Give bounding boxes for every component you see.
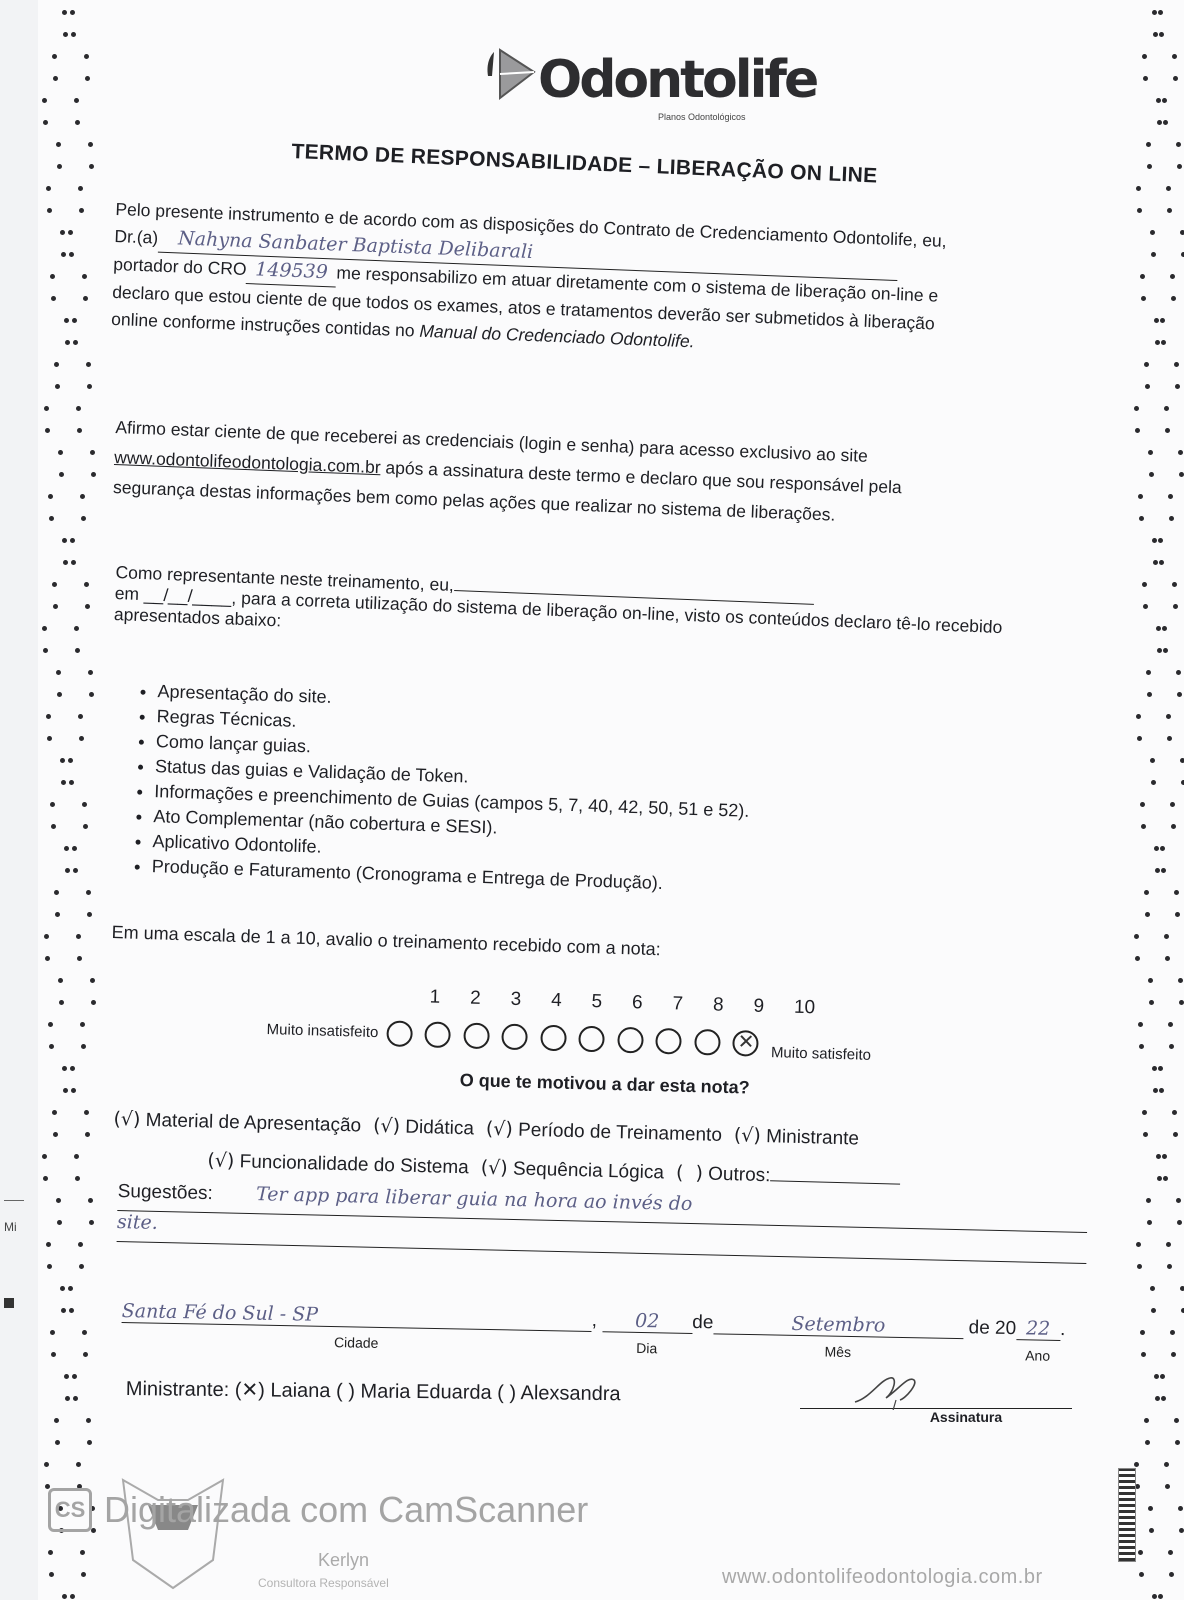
signature-field[interactable]: [800, 1370, 1072, 1409]
perforation-dot: [79, 1264, 84, 1269]
adjacent-page-edge: Mi: [0, 1200, 40, 1420]
perforation-dot: [1136, 714, 1141, 719]
footer-site: www.odontolifeodontologia.com.br: [722, 1566, 1043, 1589]
perforation-dot: [68, 230, 73, 235]
perforation-dot: [60, 758, 65, 763]
perforation-dot: [1175, 912, 1180, 917]
perforation-dot: [1168, 494, 1173, 499]
perforation-dot: [48, 494, 53, 499]
perforation-dot: [62, 10, 67, 15]
perforation-dot: [78, 186, 83, 191]
rating-number: 10: [794, 997, 835, 1020]
perforation-dot: [43, 1176, 48, 1181]
perforation-dot: [1151, 1308, 1156, 1313]
perforation-dot: [58, 450, 63, 455]
perforation-dot: [82, 1330, 87, 1335]
perforation-dot: [46, 186, 51, 191]
perforation-dot: [1141, 296, 1146, 301]
perforation-dot: [1158, 1066, 1163, 1071]
perforation-dot: [1143, 76, 1148, 81]
perforation-dot: [87, 384, 92, 389]
rating-number: 2: [470, 988, 511, 1011]
perforation-dot: [1173, 1132, 1178, 1137]
ministrante-label: Ministrante:: [126, 1378, 230, 1401]
suggestions-label: Sugestões:: [118, 1181, 222, 1204]
perforation-dot: [44, 406, 49, 411]
perforation-dot: [52, 582, 57, 587]
perforation-dot: [1143, 1132, 1148, 1137]
motivation-option[interactable]: (√) Período de Treinamento: [486, 1119, 723, 1146]
perforation-dot: [1167, 736, 1172, 741]
rating-number: 6: [632, 992, 673, 1015]
year-prefix: de 20: [968, 1317, 1016, 1339]
perforation-dot: [62, 1066, 67, 1071]
perforation-dot: [1151, 252, 1156, 257]
perforation-dot: [76, 406, 81, 411]
perforation-dot: [56, 670, 61, 675]
month-field[interactable]: SetembroMês: [713, 1311, 963, 1339]
perforation-dot: [83, 296, 88, 301]
perforation-dot: [1159, 32, 1164, 37]
motivation-option[interactable]: ( ) Outros:: [676, 1163, 901, 1190]
perforation-dot: [1161, 1396, 1166, 1401]
perforation-dot: [53, 604, 58, 609]
ministrante-option[interactable]: (✕) Laiana: [235, 1379, 331, 1402]
perforation-dot: [72, 846, 77, 851]
perforation-dot: [1135, 428, 1140, 433]
perforation-dot: [1155, 1396, 1160, 1401]
perforation-dot: [1134, 934, 1139, 939]
motivation-option-label: Período de Treinamento: [513, 1119, 723, 1145]
perforation-dot: [1166, 1242, 1171, 1247]
perforation-dot: [1137, 736, 1142, 741]
perforation-dot: [1150, 230, 1155, 235]
rating-number: 7: [672, 993, 713, 1016]
perforation-dot: [47, 1264, 52, 1269]
perforation-dot: [1148, 978, 1153, 983]
checkmark-icon[interactable]: (√): [734, 1124, 762, 1147]
perforation-dot: [65, 340, 70, 345]
perforation-dot: [63, 560, 68, 565]
perforation-dot: [1139, 516, 1144, 521]
perforation-dot: [89, 1220, 94, 1225]
perforation-dot: [59, 472, 64, 477]
rating-number: 5: [591, 991, 632, 1014]
perforation-dot: [1170, 802, 1175, 807]
rating-radio-3[interactable]: [463, 1022, 490, 1049]
perforation-dot: [91, 472, 96, 477]
perforation-dot: [1154, 318, 1159, 323]
checkmark-icon[interactable]: (√): [373, 1115, 401, 1138]
perforation-dot: [1167, 208, 1172, 213]
perforation-dot: [1147, 164, 1152, 169]
perforation-dot: [48, 1022, 53, 1027]
perforation-dot: [86, 1418, 91, 1423]
perforation-dot: [87, 912, 92, 917]
rating-radio-10[interactable]: [732, 1030, 759, 1057]
perforation-dot: [45, 956, 50, 961]
perforation-dot: [88, 670, 93, 675]
perforation-dot: [1146, 670, 1151, 675]
perforation-dot: [1155, 340, 1160, 345]
perforation-dot: [1178, 450, 1183, 455]
perforation-dot: [1172, 54, 1177, 59]
perforation-dot: [72, 318, 77, 323]
perforation-dot: [54, 1418, 59, 1423]
perforation-dot: [1164, 934, 1169, 939]
perforation-dot: [63, 32, 68, 37]
perforation-dot: [75, 120, 80, 125]
perforation-dot: [1179, 1000, 1184, 1005]
perforation-dot: [42, 1154, 47, 1159]
perforation-dot: [1161, 340, 1166, 345]
perforation-dot: [50, 802, 55, 807]
perforation-dot: [1171, 1352, 1176, 1357]
perforation-dot: [1139, 1044, 1144, 1049]
perforation-dot: [61, 252, 66, 257]
perforation-dot: [1147, 1220, 1152, 1225]
perforation-dot: [1161, 868, 1166, 873]
perforation-dot: [63, 1088, 68, 1093]
training-date-field[interactable]: __/__/____: [144, 584, 232, 607]
perforation-dot: [1171, 824, 1176, 829]
barcode-icon: [1118, 1468, 1136, 1562]
perforation-dot: [85, 76, 90, 81]
perforation-dot: [58, 978, 63, 983]
perforation-dot: [1177, 692, 1182, 697]
perforation-dot: [42, 626, 47, 631]
perforation-dot: [1157, 648, 1162, 653]
perforation-dot: [1136, 186, 1141, 191]
signature-caption: Assinatura: [860, 1409, 1072, 1425]
perforation-dot: [81, 1044, 86, 1049]
perforation-dot: [1135, 956, 1140, 961]
perforation-dot: [1168, 1022, 1173, 1027]
perforation-dot: [46, 714, 51, 719]
rating-radio-9[interactable]: [694, 1028, 721, 1055]
consultant-role: Consultora Responsável: [258, 1576, 389, 1590]
perforation-dot: [72, 1374, 77, 1379]
perforation-dot: [1137, 1264, 1142, 1269]
perforation-dot: [1154, 846, 1159, 851]
day-caption: Dia: [602, 1339, 692, 1357]
perforation-dot: [1166, 714, 1171, 719]
perforation-dot: [81, 516, 86, 521]
perforation-dot: [1171, 296, 1176, 301]
perforation-dot: [1172, 1110, 1177, 1115]
perforation-dot: [1162, 1154, 1167, 1159]
motivation-option-label: Ministrante: [761, 1126, 860, 1150]
cro-label: portador do CRO: [113, 254, 247, 279]
perforation-dot: [83, 824, 88, 829]
rating-radio-4[interactable]: [501, 1023, 528, 1050]
checkmark-icon[interactable]: (√): [207, 1149, 235, 1172]
perforation-dot: [1154, 1374, 1159, 1379]
perforation-dot: [1144, 362, 1149, 367]
perforation-dot: [1145, 1440, 1150, 1445]
perforation-dot: [1142, 54, 1147, 59]
perforation-dot: [1148, 450, 1153, 455]
perforation-dot: [1176, 1198, 1181, 1203]
checkmark-icon[interactable]: (√): [113, 1108, 141, 1131]
perforation-dot: [59, 1000, 64, 1005]
perforation-dot: [1134, 406, 1139, 411]
perforation-dot: [51, 1352, 56, 1357]
perforation-dot: [1165, 956, 1170, 961]
perforation-dot: [1172, 582, 1177, 587]
checkmark-icon[interactable]: (√): [480, 1157, 508, 1180]
perforation-dots-left: [38, 0, 108, 1600]
rating-radio-2[interactable]: [424, 1021, 451, 1048]
perforation-dot: [1158, 10, 1163, 15]
perforation-dot: [77, 428, 82, 433]
perforation-dot: [49, 1044, 54, 1049]
motivation-option[interactable]: (√) Funcionalidade do Sistema: [207, 1150, 469, 1178]
rating-radio-8[interactable]: [655, 1027, 682, 1054]
perforation-dot: [1149, 1000, 1154, 1005]
rating-radio-6[interactable]: [578, 1025, 605, 1052]
perforation-dot: [68, 1286, 73, 1291]
perforation-dot: [64, 846, 69, 851]
perforation-dot: [79, 208, 84, 213]
perforation-dot: [71, 32, 76, 37]
checkmark-icon[interactable]: (√): [486, 1118, 514, 1141]
perforation-dot: [1147, 692, 1152, 697]
rating-radio-5[interactable]: [540, 1024, 567, 1051]
motivation-option[interactable]: (√) Sequência Lógica: [480, 1158, 664, 1184]
perforation-dot: [71, 1088, 76, 1093]
ministrante-option[interactable]: ( ) Alexsandra: [492, 1382, 621, 1405]
rating-number: 9: [753, 996, 794, 1019]
perforation-dot: [51, 824, 56, 829]
signature-block: Assinatura: [800, 1370, 1072, 1425]
perforation-dot: [64, 318, 69, 323]
perforation-dot: [1169, 516, 1174, 521]
perforation-dot: [1175, 1440, 1180, 1445]
motivation-option[interactable]: (√) Material de Apresentação: [113, 1109, 361, 1136]
perforation-dot: [78, 1242, 83, 1247]
rating-number: 1: [429, 987, 470, 1010]
empty-checkbox[interactable]: ( ): [676, 1162, 703, 1185]
rating-radio-7[interactable]: [617, 1026, 644, 1053]
perforation-dot: [60, 1286, 65, 1291]
perforation-dot: [1140, 1330, 1145, 1335]
perforation-dot: [90, 978, 95, 983]
perforation-dot: [70, 1066, 75, 1071]
perforation-dot: [1141, 824, 1146, 829]
perforation-dot: [1173, 604, 1178, 609]
perforation-dot: [1163, 648, 1168, 653]
perforation-dot: [1152, 538, 1157, 543]
perforation-dot: [78, 714, 83, 719]
perforation-dot: [55, 1440, 60, 1445]
perforation-dot: [60, 230, 65, 235]
motivation-option[interactable]: (√) Ministrante: [734, 1125, 860, 1149]
perforation-dot: [1153, 32, 1158, 37]
perforation-dot: [83, 1352, 88, 1357]
perforation-dot: [88, 1198, 93, 1203]
brand-tagline: Planos Odontológicos: [658, 112, 746, 122]
perforation-dot: [88, 142, 93, 147]
de-label: de: [692, 1312, 714, 1333]
perforation-dot: [85, 1132, 90, 1137]
perforation-dot: [1176, 670, 1181, 675]
camscanner-watermark: CS Digitalizada com CamScanner: [48, 1488, 588, 1532]
brand-name: Odontolife: [538, 50, 816, 110]
perforation-dot: [1156, 98, 1161, 103]
perforation-dot: [1174, 362, 1179, 367]
perforation-dot: [1159, 1088, 1164, 1093]
perforation-dot: [70, 10, 75, 15]
ministrante-option[interactable]: ( ) Maria Eduarda: [330, 1380, 491, 1404]
perforation-dot: [1136, 1242, 1141, 1247]
perforation-dot: [1140, 274, 1145, 279]
rating-number: 8: [713, 994, 754, 1017]
perforation-dot: [47, 736, 52, 741]
perforation-dot: [1177, 1220, 1182, 1225]
perforation-dot: [84, 582, 89, 587]
motivation-option[interactable]: (√) Didática: [373, 1116, 474, 1140]
rating-number: 4: [551, 990, 592, 1013]
perforation-dot: [89, 164, 94, 169]
perforation-dot: [50, 274, 55, 279]
perforation-dot: [85, 604, 90, 609]
em-label: em: [114, 583, 139, 604]
perforation-dot: [65, 868, 70, 873]
perforation-dot: [1175, 384, 1180, 389]
perforation-dot: [86, 362, 91, 367]
perforation-dot: [1180, 1286, 1184, 1291]
perforation-dot: [1145, 912, 1150, 917]
perforation-dot: [1173, 76, 1178, 81]
perforation-dot: [1166, 186, 1171, 191]
perforation-dot: [1180, 230, 1184, 235]
perforation-dot: [80, 494, 85, 499]
perforation-dot: [1152, 1066, 1157, 1071]
perforation-dots-right: [1114, 0, 1184, 1600]
perforation-dot: [1163, 1176, 1168, 1181]
motivation-option-label: Didática: [400, 1116, 474, 1139]
perforation-dot: [68, 758, 73, 763]
high-label: Muito satisfeito: [771, 1044, 871, 1064]
perforation-dot: [1150, 758, 1155, 763]
perforation-dot: [54, 362, 59, 367]
perforation-dot: [76, 934, 81, 939]
perforation-dot: [1156, 626, 1161, 631]
perforation-dot: [79, 736, 84, 741]
year-caption: Ano: [1015, 1347, 1059, 1364]
perforation-dot: [86, 890, 91, 895]
perforation-dot: [1146, 142, 1151, 147]
perforation-dot: [50, 1330, 55, 1335]
perforation-dot: [1138, 494, 1143, 499]
perforation-dot: [57, 692, 62, 697]
perforation-dot: [1179, 472, 1184, 477]
camscanner-logo-icon: CS: [48, 1488, 92, 1532]
perforation-dot: [70, 538, 75, 543]
perforation-dot: [1138, 1022, 1143, 1027]
signature-scribble-icon: [850, 1370, 930, 1410]
perforation-dot: [1160, 318, 1165, 323]
perforation-dot: [75, 1176, 80, 1181]
perforation-dot: [1150, 1286, 1155, 1291]
perforation-dot: [73, 1396, 78, 1401]
dr-label: Dr.(a): [114, 226, 158, 248]
perforation-dot: [52, 54, 57, 59]
perforation-dot: [1178, 978, 1183, 983]
perforation-dot: [1151, 780, 1156, 785]
perforation-dot: [1140, 802, 1145, 807]
perforation-dot: [49, 516, 54, 521]
perforation-dot: [1167, 1264, 1172, 1269]
motivation-option-label: Funcionalidade do Sistema: [234, 1151, 469, 1178]
rating-radio-1[interactable]: [386, 1020, 413, 1047]
odontolife-logo: Odontolife Planos Odontológicos: [468, 38, 788, 133]
perforation-dot: [1156, 1154, 1161, 1159]
perforation-dot: [74, 1154, 79, 1159]
perforation-dot: [45, 428, 50, 433]
perforation-dot: [42, 98, 47, 103]
perforation-dot: [44, 934, 49, 939]
perforation-dot: [90, 450, 95, 455]
perforation-dot: [64, 1374, 69, 1379]
perforation-dot: [43, 120, 48, 125]
perforation-dot: [1157, 120, 1162, 125]
perforation-dot: [56, 1198, 61, 1203]
perforation-dot: [1149, 472, 1154, 477]
perforation-dot: [61, 780, 66, 785]
perforation-dot: [55, 912, 60, 917]
perforation-dot: [55, 384, 60, 389]
perforation-dot: [46, 1242, 51, 1247]
perforation-dot: [82, 802, 87, 807]
consultant-name: Kerlyn: [318, 1550, 369, 1571]
perforation-dot: [89, 692, 94, 697]
perforation-dot: [1152, 10, 1157, 15]
perforation-dot: [1170, 1330, 1175, 1335]
day-field[interactable]: 02Dia: [602, 1309, 692, 1334]
perforation-dot: [77, 956, 82, 961]
perforation-dot: [1162, 98, 1167, 103]
perforation-dot: [1141, 1352, 1146, 1357]
perforation-dot: [1160, 1374, 1165, 1379]
perforation-dot: [1177, 164, 1182, 169]
cro-field[interactable]: 149539: [246, 256, 337, 287]
rating-number: 3: [510, 989, 551, 1012]
perforation-dot: [74, 626, 79, 631]
motivation-option-label: Sequência Lógica: [507, 1158, 664, 1183]
motivation-option-label: Material de Apresentação: [140, 1110, 361, 1137]
perforation-dot: [1180, 758, 1184, 763]
perforation-dot: [75, 648, 80, 653]
outros-field[interactable]: [770, 1180, 900, 1184]
perforation-dot: [87, 1440, 92, 1445]
suggestions-text: site.: [117, 1211, 158, 1234]
perforation-dot: [1165, 428, 1170, 433]
perforation-dot: [1145, 384, 1150, 389]
perforation-dot: [53, 76, 58, 81]
perforation-dot: [1160, 846, 1165, 851]
perforation-dot: [1142, 582, 1147, 587]
perforation-dot: [1142, 1110, 1147, 1115]
perforation-dot: [1169, 1044, 1174, 1049]
perforation-dot: [1144, 1418, 1149, 1423]
ministrante-row: Ministrante: (✕) Laiana ( ) Maria Eduard…: [126, 1376, 621, 1406]
low-label: Muito insatisfeito: [266, 1021, 378, 1041]
perforation-dot: [1159, 560, 1164, 565]
perforation-dot: [1144, 890, 1149, 895]
year-field[interactable]: 22Ano: [1016, 1317, 1060, 1341]
